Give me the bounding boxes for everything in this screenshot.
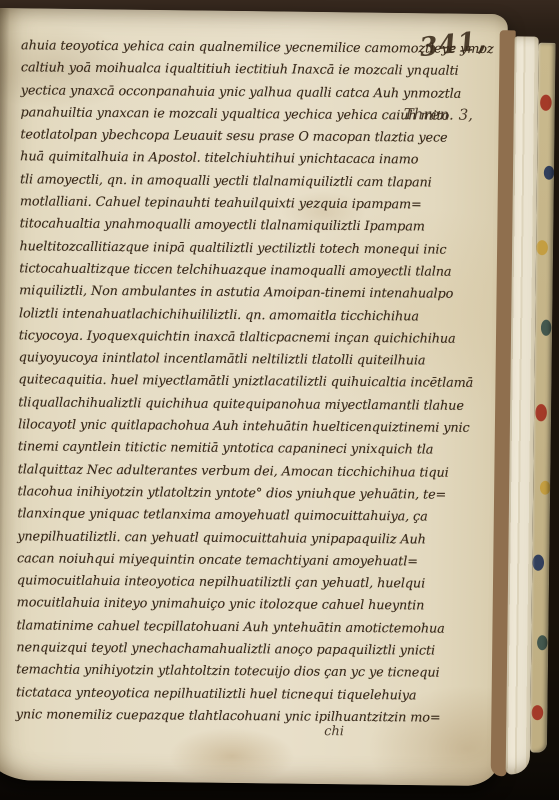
manuscript-line: caltiuh yoā moihualca iqualtitiuh iectit… xyxy=(21,58,473,84)
manuscript-line: tlanxinque yniquac tetlanxima amoyehuatl… xyxy=(17,504,469,530)
manuscript-photo: 341, Thren. 3, ahuia teoyotica yehica ca… xyxy=(0,0,559,800)
manuscript-line: ynepilhuatiliztli. can yehuatl quimocuit… xyxy=(17,526,469,552)
manuscript-line: tinemi cayntlein titictic nemitiā yntoti… xyxy=(18,437,470,463)
manuscript-line: miquiliztli, Non ambulantes in astutia A… xyxy=(19,281,471,307)
gutter-shadow xyxy=(0,8,10,780)
catchword: chi xyxy=(324,724,344,739)
manuscript-line: temachtia ynihiyotzin ytlahtoltzin totec… xyxy=(16,660,468,686)
manuscript-line: ynic monemiliz cuepazque tlahtlacohuani … xyxy=(16,704,468,730)
manuscript-line: huā quimitalhuia in Apostol. titelchiuht… xyxy=(20,147,472,173)
manuscript-line: mocuitlahuia initeyo ynimahuiço ynic ito… xyxy=(17,593,469,619)
manuscript-text-block: ahuia teoyotica yehica cain qualnemilice… xyxy=(16,35,473,730)
manuscript-line: titocahualtia ynahmoqualli amoyectli tla… xyxy=(20,214,472,240)
book: 341, Thren. 3, ahuia teoyotica yehica ca… xyxy=(0,8,559,795)
manuscript-line: quitecaquitia. huel miyectlamātli yniztl… xyxy=(18,370,470,396)
manuscript-page: 341, Thren. 3, ahuia teoyotica yehica ca… xyxy=(0,8,508,786)
